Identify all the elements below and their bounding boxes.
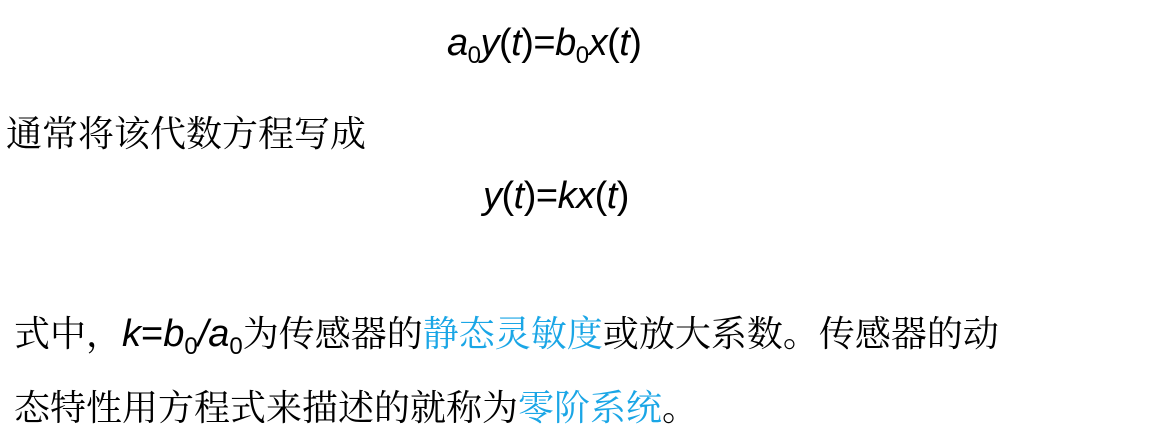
- subscript: 0: [229, 333, 242, 360]
- highlight-static-sensitivity: 静态灵敏度: [423, 314, 603, 355]
- symbol-k: k: [122, 313, 141, 355]
- subscript: 0: [576, 42, 589, 69]
- symbol-a: a: [447, 22, 468, 64]
- symbol-t: t: [607, 175, 617, 217]
- paren: (: [502, 175, 514, 217]
- paragraph-line-2: 态特性用方程式来描述的就称为零阶系统。: [14, 380, 698, 430]
- equals: =: [533, 22, 555, 64]
- slash: /: [198, 313, 209, 355]
- subscript: 0: [184, 333, 197, 360]
- symbol-y: y: [481, 22, 500, 64]
- paren: (: [595, 175, 607, 217]
- paren: (: [607, 22, 619, 64]
- symbol-t: t: [511, 22, 521, 64]
- paren: ): [524, 175, 536, 217]
- symbol-x: x: [589, 22, 608, 64]
- paren: ): [617, 175, 629, 217]
- equation-zero-order: a0y(t)=b0x(t): [447, 22, 641, 65]
- paren: ): [629, 22, 641, 64]
- equals: =: [141, 313, 163, 355]
- equals: =: [536, 175, 558, 217]
- text: 为传感器的: [243, 314, 423, 355]
- text: 。: [662, 388, 698, 429]
- symbol-y: y: [483, 175, 502, 217]
- symbol-t: t: [619, 22, 629, 64]
- text: 态特性用方程式来描述的就称为: [14, 388, 518, 429]
- text: 式中，: [14, 314, 122, 355]
- equation-gain: y(t)=kx(t): [483, 175, 629, 218]
- symbol-b: b: [163, 313, 184, 355]
- symbol-t: t: [514, 175, 524, 217]
- subscript: 0: [468, 42, 481, 69]
- paragraph-line-1: 式中，k=b0/a0为传感器的静态灵敏度或放大系数。传感器的动: [14, 306, 999, 357]
- symbol-b: b: [555, 22, 576, 64]
- paren: ): [521, 22, 533, 64]
- symbol-kx: kx: [558, 175, 595, 217]
- paren: (: [499, 22, 511, 64]
- symbol-a: a: [208, 313, 229, 355]
- text: 或放大系数。传感器的动: [603, 314, 999, 355]
- intro-text: 通常将该代数方程写成: [6, 106, 366, 157]
- highlight-zero-order-system: 零阶系统: [518, 388, 662, 429]
- inline-formula: k=b0/a0: [122, 313, 243, 355]
